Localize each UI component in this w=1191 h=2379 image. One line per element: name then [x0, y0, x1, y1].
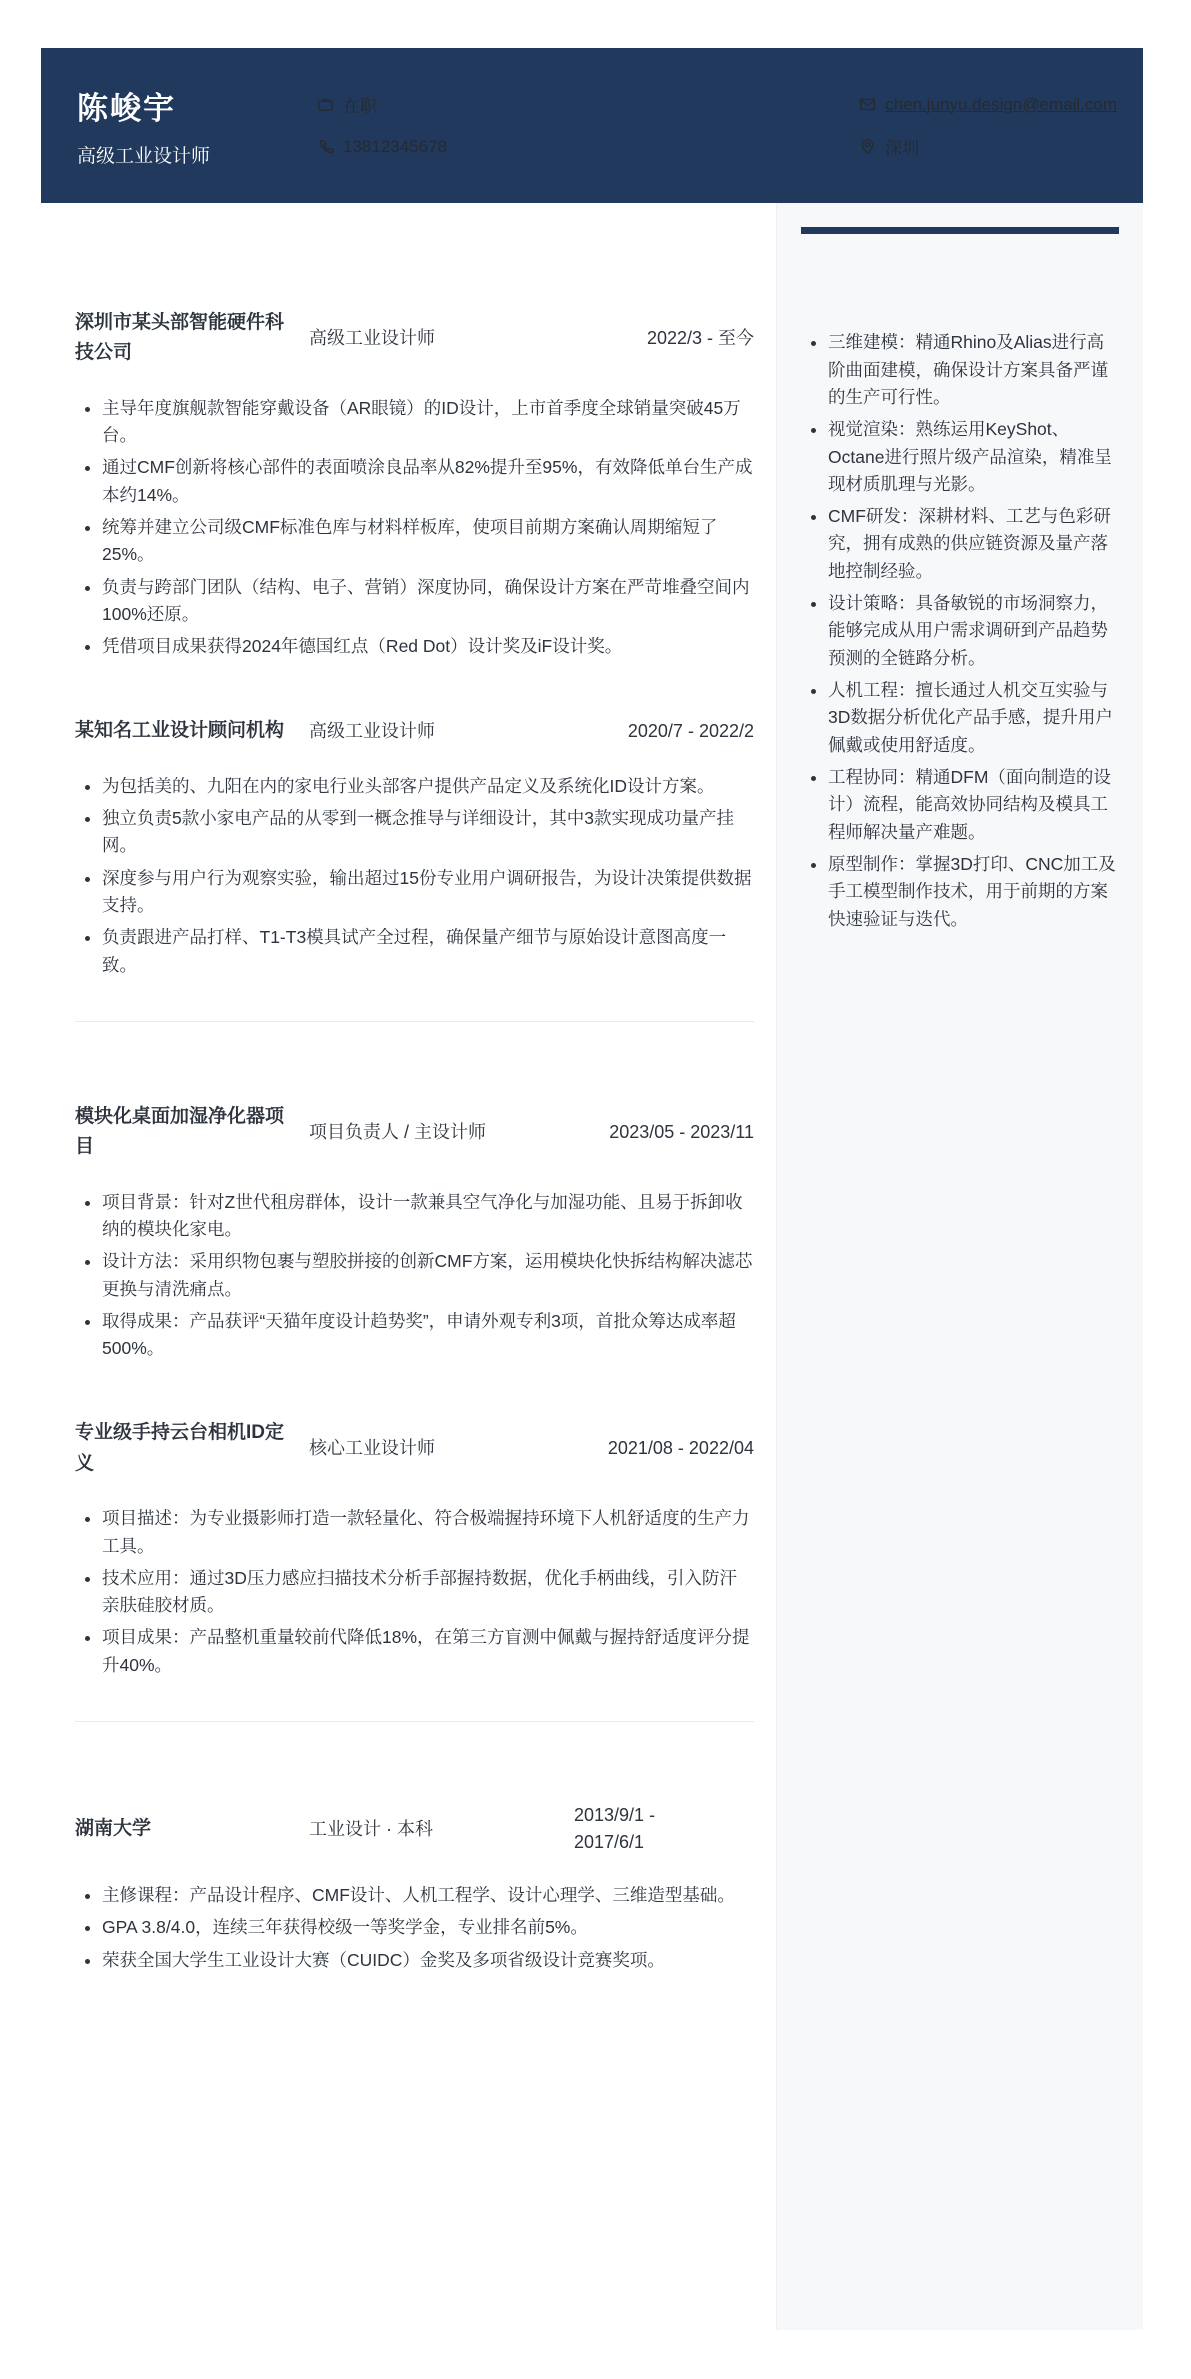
- resume-page: 陈峻宇 高级工业设计师 在职 chen.junyu.design@email.c…: [0, 0, 1191, 2379]
- location-pin-icon: [859, 138, 876, 155]
- project-bullet: 设计方法：采用织物包裹与塑胶拼接的创新CMF方案，运用模块化快拆结构解决滤芯更换…: [102, 1248, 754, 1303]
- location-label: 深圳: [885, 134, 919, 159]
- work-bullet: 负责跟进产品打样、T1-T3模具试产全过程，确保量产细节与原始设计意图高度一致。: [102, 924, 754, 979]
- job-dates: 2020/7 - 2022/2: [574, 718, 754, 745]
- mail-icon: [859, 96, 876, 113]
- job-role: 高级工业设计师: [309, 718, 562, 745]
- contact-email: chen.junyu.design@email.com: [859, 95, 1117, 115]
- company-name: 某知名工业设计顾问机构: [75, 716, 297, 746]
- resume-main: 深圳市某头部智能硬件科技公司 高级工业设计师 2022/3 - 至今 主导年度旗…: [41, 203, 776, 2039]
- skills-list: 三维建模：精通Rhino及Alias进行高阶曲面建模，确保设计方案具备严谨的生产…: [801, 329, 1119, 933]
- work-bullet: 通过CMF创新将核心部件的表面喷涂良品率从82%提升至95%，有效降低单台生产成…: [102, 454, 754, 509]
- education-entry: 湖南大学 工业设计 · 本科 2013/9/1 - 2017/6/1 主修课程：…: [75, 1802, 754, 1974]
- education-bullet: GPA 3.8/4.0，连续三年获得校级一等奖学金，专业排名前5%。: [102, 1914, 754, 1941]
- resume-header: 陈峻宇 高级工业设计师 在职 chen.junyu.design@email.c…: [41, 48, 1143, 203]
- project-bullet: 项目背景：针对Z世代租房群体，设计一款兼具空气净化与加湿功能、且易于拆卸收纳的模…: [102, 1189, 754, 1244]
- work-bullet: 独立负责5款小家电产品的从零到一概念推导与详细设计，其中3款实现成功量产挂网。: [102, 805, 754, 860]
- project-entry-header: 模块化桌面加湿净化器项目 项目负责人 / 主设计师 2023/05 - 2023…: [75, 1102, 754, 1163]
- skill-item: 原型制作：掌握3D打印、CNC加工及手工模型制作技术，用于前期的方案快速验证与迭…: [828, 851, 1119, 934]
- work-bullet: 主导年度旗舰款智能穿戴设备（AR眼镜）的ID设计，上市首季度全球销量突破45万台…: [102, 395, 754, 450]
- email-link[interactable]: chen.junyu.design@email.com: [885, 95, 1117, 115]
- project-entry: 专业级手持云台相机ID定义 核心工业设计师 2021/08 - 2022/04 …: [75, 1418, 754, 1679]
- project-bullet-list: 项目背景：针对Z世代租房群体，设计一款兼具空气净化与加湿功能、且易于拆卸收纳的模…: [75, 1189, 754, 1363]
- work-bullet: 为包括美的、九阳在内的家电行业头部客户提供产品定义及系统化ID设计方案。: [102, 773, 754, 800]
- education-bullet-list: 主修课程：产品设计程序、CMF设计、人机工程学、设计心理学、三维造型基础。 GP…: [75, 1882, 754, 1974]
- education-bullet: 主修课程：产品设计程序、CMF设计、人机工程学、设计心理学、三维造型基础。: [102, 1882, 754, 1909]
- work-bullet-list: 为包括美的、九阳在内的家电行业头部客户提供产品定义及系统化ID设计方案。 独立负…: [75, 773, 754, 979]
- skill-item: 人机工程：擅长通过人机交互实验与3D数据分析优化产品手感，提升用户佩戴或使用舒适…: [828, 677, 1119, 760]
- work-bullet: 统筹并建立公司级CMF标准色库与材料样板库，使项目前期方案确认周期缩短了25%。: [102, 514, 754, 569]
- skill-item: 视觉渲染：熟练运用KeyShot、Octane进行照片级产品渲染，精准呈现材质肌…: [828, 416, 1119, 499]
- skill-item: 三维建模：精通Rhino及Alias进行高阶曲面建模，确保设计方案具备严谨的生产…: [828, 329, 1119, 412]
- skill-item: 设计策略：具备敏锐的市场洞察力，能够完成从用户需求调研到产品趋势预测的全链路分析…: [828, 590, 1119, 673]
- phone-number: 13812345678: [343, 137, 447, 157]
- contact-info: 在职 chen.junyu.design@email.com 138123456…: [317, 92, 1117, 159]
- contact-phone: 13812345678: [317, 137, 835, 157]
- education-bullet: 荣获全国大学生工业设计大赛（CUIDC）金奖及多项省级设计竞赛奖项。: [102, 1947, 754, 1974]
- identity-block: 陈峻宇 高级工业设计师: [77, 83, 317, 168]
- work-bullet-list: 主导年度旗舰款智能穿戴设备（AR眼镜）的ID设计，上市首季度全球销量突破45万台…: [75, 395, 754, 661]
- work-section: 深圳市某头部智能硬件科技公司 高级工业设计师 2022/3 - 至今 主导年度旗…: [75, 308, 754, 979]
- project-bullet: 取得成果：产品获评“天猫年度设计趋势奖”，申请外观专利3项，首批众筹达成率超50…: [102, 1308, 754, 1363]
- work-entry-header: 深圳市某头部智能硬件科技公司 高级工业设计师 2022/3 - 至今: [75, 308, 754, 369]
- school-name: 湖南大学: [75, 1814, 297, 1844]
- work-entry: 深圳市某头部智能硬件科技公司 高级工业设计师 2022/3 - 至今 主导年度旗…: [75, 308, 754, 660]
- project-bullet: 项目成果：产品整机重量较前代降低18%，在第三方盲测中佩戴与握持舒适度评分提升4…: [102, 1624, 754, 1679]
- skills-sidebar: 三维建模：精通Rhino及Alias进行高阶曲面建模，确保设计方案具备严谨的生产…: [776, 203, 1143, 2330]
- education-section: 湖南大学 工业设计 · 本科 2013/9/1 - 2017/6/1 主修课程：…: [75, 1802, 754, 1974]
- skill-item: CMF研发：深耕材料、工艺与色彩研究，拥有成熟的供应链资源及量产落地控制经验。: [828, 503, 1119, 586]
- briefcase-icon: [317, 96, 334, 113]
- employment-status: 在职: [317, 92, 835, 117]
- section-divider: [75, 1721, 754, 1722]
- company-name: 深圳市某头部智能硬件科技公司: [75, 308, 297, 369]
- project-dates: 2021/08 - 2022/04: [574, 1435, 754, 1462]
- work-entry-header: 某知名工业设计顾问机构 高级工业设计师 2020/7 - 2022/2: [75, 716, 754, 746]
- contact-location: 深圳: [859, 134, 1117, 159]
- projects-section: 模块化桌面加湿净化器项目 项目负责人 / 主设计师 2023/05 - 2023…: [75, 1102, 754, 1679]
- work-entry: 某知名工业设计顾问机构 高级工业设计师 2020/7 - 2022/2 为包括美…: [75, 716, 754, 978]
- candidate-name: 陈峻宇: [77, 83, 317, 128]
- work-bullet: 凭借项目成果获得2024年德国红点（Red Dot）设计奖及iF设计奖。: [102, 633, 754, 660]
- project-bullet: 项目描述：为专业摄影师打造一款轻量化、符合极端握持环境下人机舒适度的生产力工具。: [102, 1505, 754, 1560]
- candidate-title: 高级工业设计师: [77, 141, 317, 168]
- project-bullet: 技术应用：通过3D压力感应扫描技术分析手部握持数据，优化手柄曲线，引入防汗亲肤硅…: [102, 1565, 754, 1620]
- project-role: 核心工业设计师: [309, 1435, 562, 1462]
- job-role: 高级工业设计师: [309, 325, 562, 352]
- project-name: 专业级手持云台相机ID定义: [75, 1418, 297, 1479]
- sidebar-accent-bar: [801, 227, 1119, 234]
- project-dates: 2023/05 - 2023/11: [574, 1119, 754, 1146]
- education-entry-header: 湖南大学 工业设计 · 本科 2013/9/1 - 2017/6/1: [75, 1802, 754, 1856]
- project-entry: 模块化桌面加湿净化器项目 项目负责人 / 主设计师 2023/05 - 2023…: [75, 1102, 754, 1363]
- education-dates: 2013/9/1 - 2017/6/1: [574, 1802, 696, 1856]
- work-bullet: 深度参与用户行为观察实验，输出超过15份专业用户调研报告，为设计决策提供数据支持…: [102, 865, 754, 920]
- project-name: 模块化桌面加湿净化器项目: [75, 1102, 297, 1163]
- employment-status-label: 在职: [343, 92, 377, 117]
- project-entry-header: 专业级手持云台相机ID定义 核心工业设计师 2021/08 - 2022/04: [75, 1418, 754, 1479]
- skill-item: 工程协同：精通DFM（面向制造的设计）流程，能高效协同结构及模具工程师解决量产难…: [828, 764, 1119, 847]
- project-role: 项目负责人 / 主设计师: [309, 1119, 562, 1146]
- section-divider: [75, 1021, 754, 1022]
- work-bullet: 负责与跨部门团队（结构、电子、营销）深度协同，确保设计方案在严苛堆叠空间内100…: [102, 574, 754, 629]
- degree: 工业设计 · 本科: [309, 1816, 562, 1843]
- project-bullet-list: 项目描述：为专业摄影师打造一款轻量化、符合极端握持环境下人机舒适度的生产力工具。…: [75, 1505, 754, 1679]
- job-dates: 2022/3 - 至今: [574, 325, 754, 352]
- phone-icon: [317, 138, 334, 155]
